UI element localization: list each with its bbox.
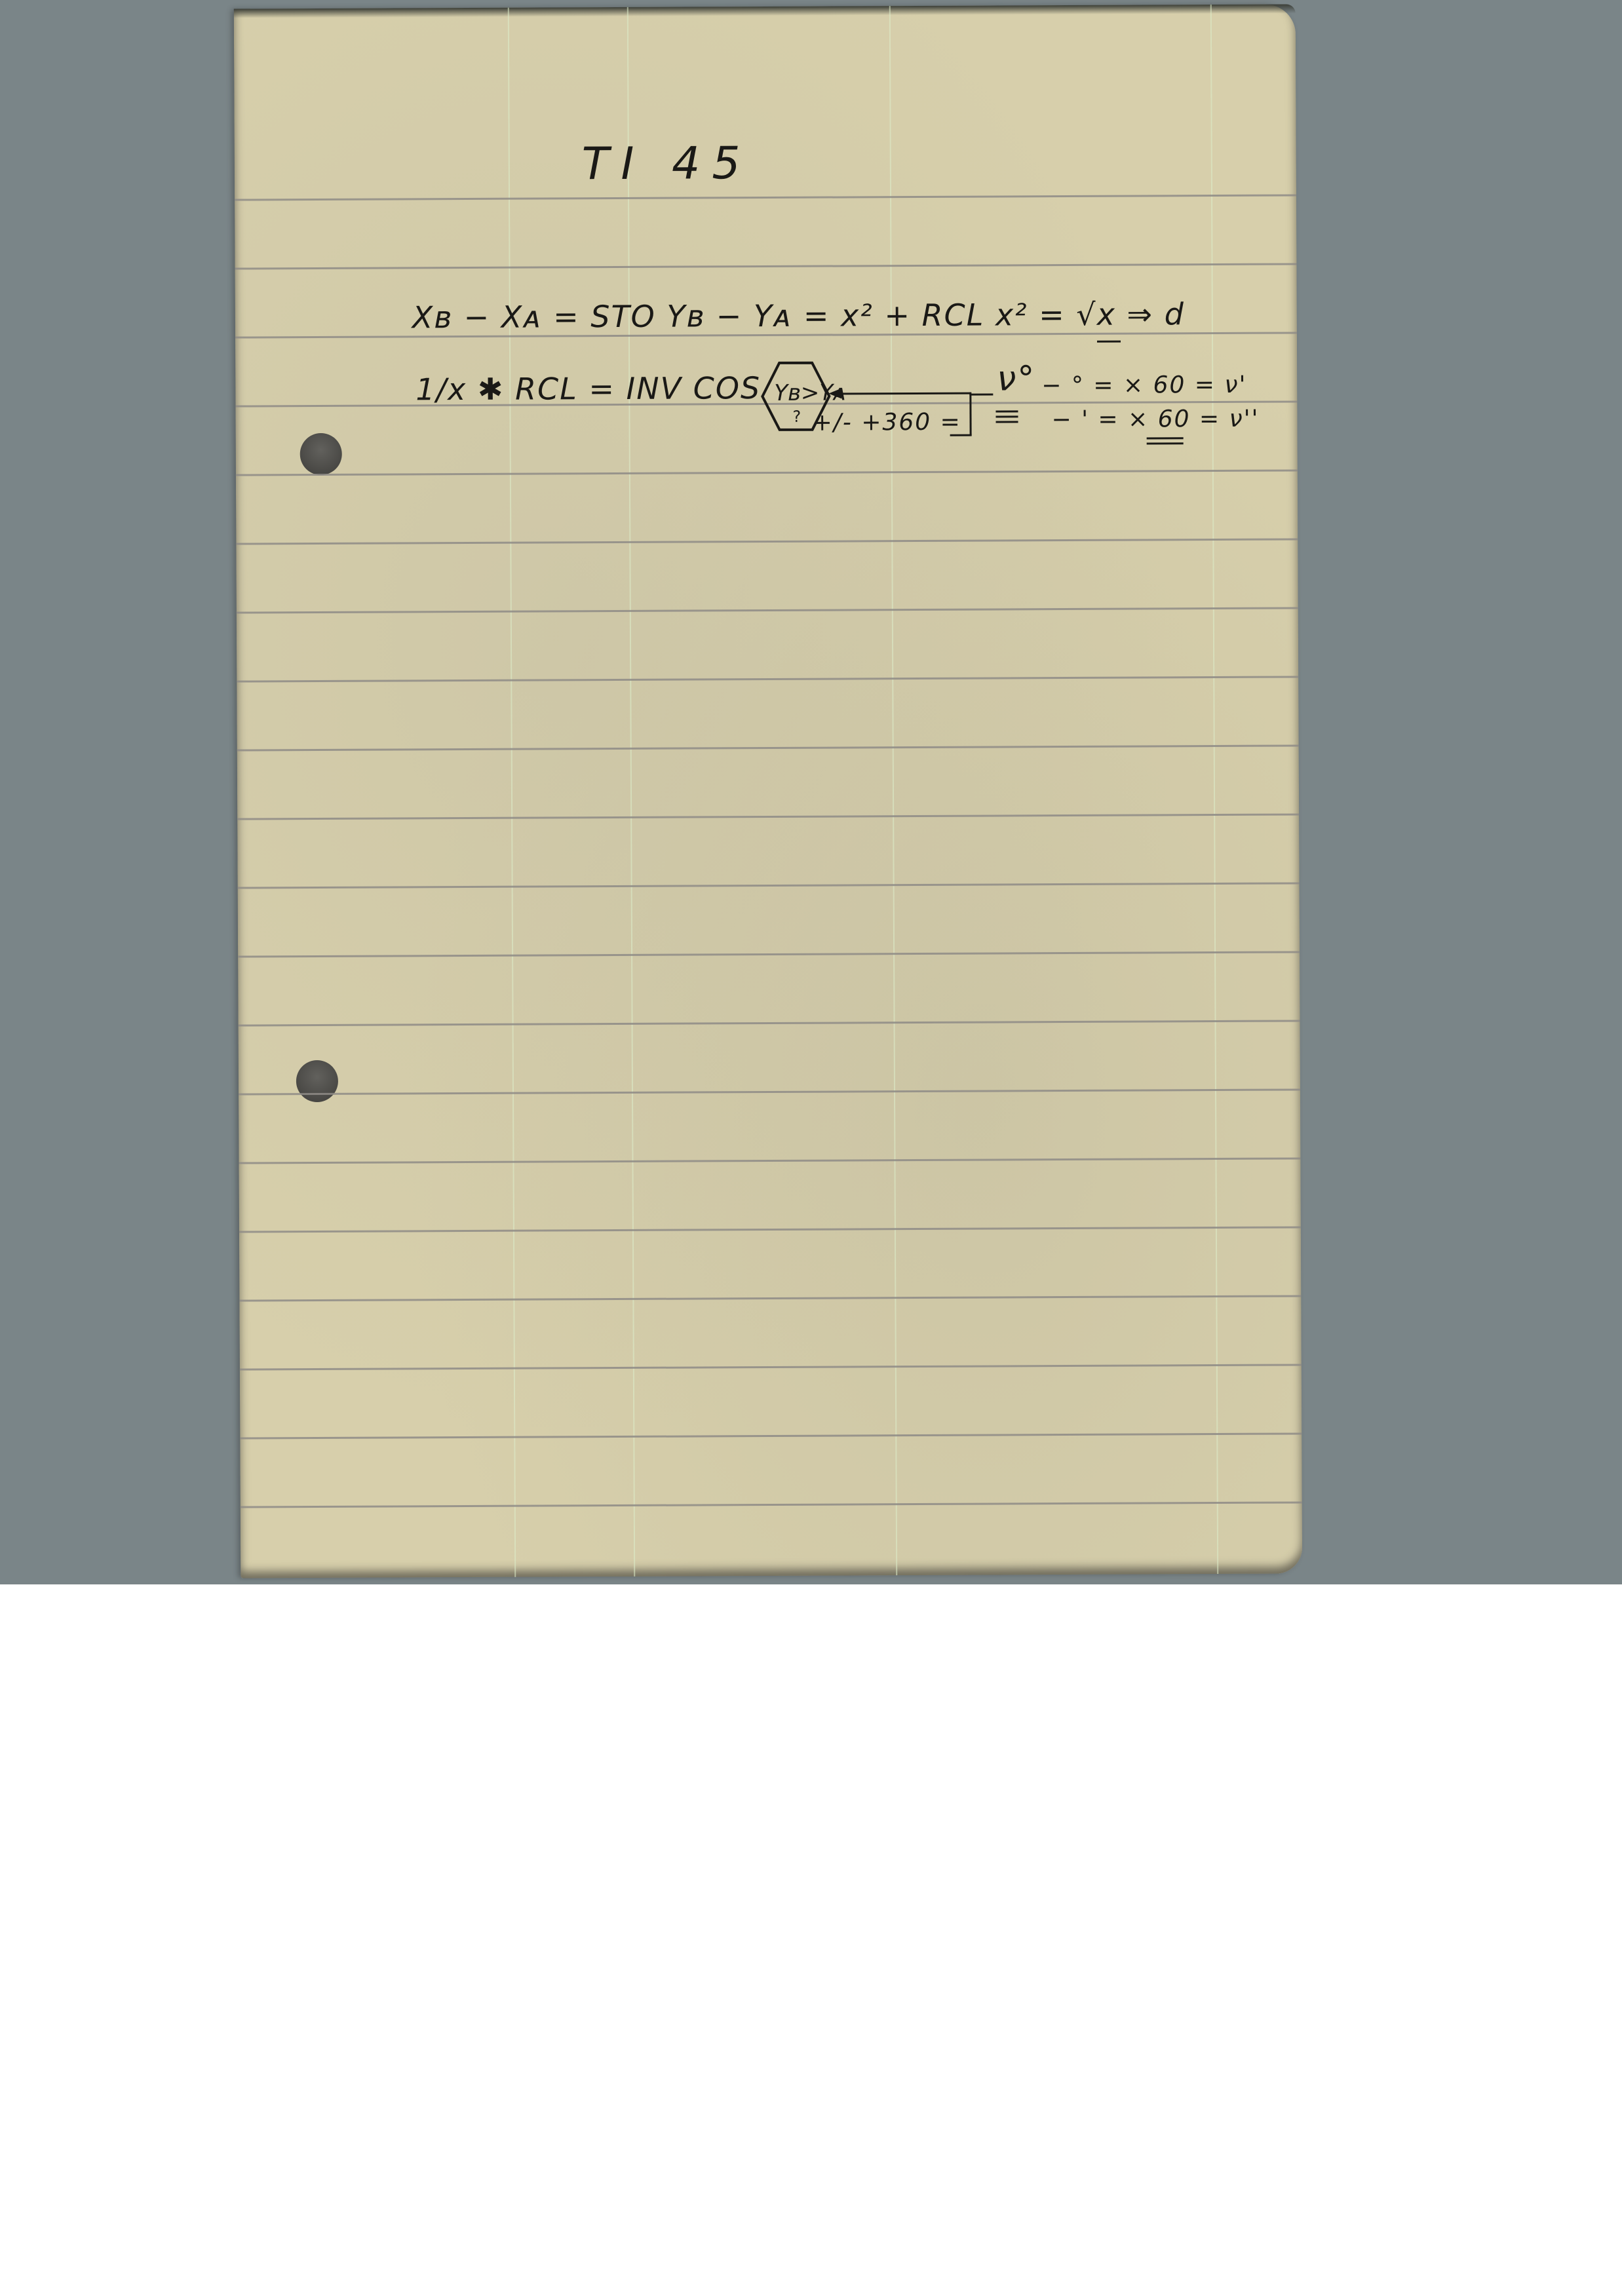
paper-fiber-line [508, 8, 516, 1577]
formula-line-distance: Xʙ − Xᴀ = STO Yʙ − Yᴀ = x² + RCL x² = √x… [412, 296, 1185, 335]
ruled-line [238, 951, 1300, 957]
ruled-line [237, 676, 1298, 682]
ruled-line [235, 263, 1297, 269]
ruled-line [240, 1432, 1302, 1439]
ruled-line [238, 882, 1300, 889]
triple-underline [996, 421, 1018, 423]
angle-step-seconds: − ' = × 60 = ν'' [1051, 406, 1259, 433]
ruled-line [239, 1088, 1300, 1095]
ruled-line [235, 194, 1296, 201]
angle-degrees: ν° [997, 359, 1035, 398]
ruled-line [239, 1157, 1300, 1164]
double-underline [1147, 437, 1184, 439]
formula-line-azimuth: 1/x ✱ RCL = INV COS [415, 370, 761, 407]
ruled-line [241, 1501, 1302, 1508]
ruled-line [240, 1364, 1302, 1370]
punch-hole-bottom [296, 1060, 338, 1102]
branch-negative-label: +/- +360 = [812, 409, 961, 436]
ruled-line [237, 607, 1298, 613]
page-title: TI 45 [582, 138, 752, 190]
branch-connector [969, 392, 971, 436]
decision-question-mark: ? [792, 408, 801, 426]
notebook-sheet: TI 45 Xʙ − Xᴀ = STO Yʙ − Yᴀ = x² + RCL x… [234, 4, 1302, 1578]
paper-fiber-line [1210, 5, 1218, 1574]
triple-underline [996, 415, 1018, 417]
angle-step-minutes: − ° = × 60 = ν' [1041, 372, 1246, 399]
paper-fiber-line [627, 7, 635, 1577]
ruled-line [239, 1295, 1301, 1301]
ruled-line [237, 744, 1299, 751]
ruled-line [239, 1020, 1300, 1026]
ruled-line [237, 813, 1299, 820]
paper-fiber-line [889, 6, 897, 1575]
double-underline [1097, 341, 1121, 343]
arrow-left-icon [828, 386, 844, 402]
ruled-line [236, 469, 1298, 476]
punch-hole-top [300, 433, 342, 475]
ruled-line [236, 538, 1298, 545]
connector-to-nu [969, 393, 993, 395]
ruled-line [239, 1226, 1301, 1233]
triple-underline [995, 410, 1018, 412]
double-underline [1147, 442, 1184, 444]
arrow-line [833, 392, 971, 395]
